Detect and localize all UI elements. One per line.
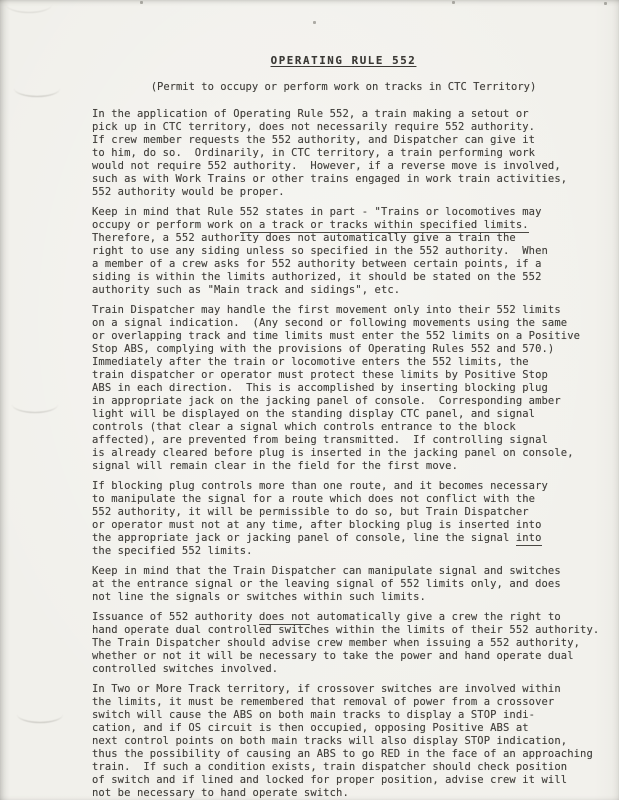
- pen-mark: [6, 0, 52, 13]
- scan-speck: [604, 2, 607, 5]
- text-line: In the application of Operating Rule 552…: [92, 108, 595, 121]
- text-line: train. If such a condition exists, train…: [92, 761, 595, 774]
- text-line: train dispatcher or operator must protec…: [92, 369, 595, 382]
- text-line: a member of a crew asks for 552 authorit…: [92, 258, 595, 271]
- text-segment: to him, do so. Ordinarily, in CTC territ…: [92, 147, 535, 159]
- text-line: on a signal indication. (Any second or f…: [92, 317, 595, 330]
- text-segment: not line the signals or switches within …: [92, 591, 426, 603]
- text-segment: cation, and if OS circuit is then occupi…: [92, 722, 529, 734]
- text-segment: such as with Work Trains or other trains…: [92, 173, 567, 185]
- text-segment: occupy or perform work: [92, 219, 240, 231]
- paragraph: In the application of Operating Rule 552…: [92, 108, 595, 199]
- paragraph: Train Dispatcher may handle the first mo…: [92, 304, 595, 473]
- text-segment: to manipulate the signal for a route whi…: [92, 493, 535, 505]
- text-line: is already cleared before plug is insert…: [92, 447, 595, 460]
- text-segment: in appropriate jack on the jacking panel…: [92, 395, 561, 407]
- text-segment: The Train Dispatcher should advise crew …: [92, 637, 580, 649]
- text-line: would not require 552 authority. However…: [92, 160, 595, 173]
- text-line: Immediately after the train or locomotiv…: [92, 356, 595, 369]
- text-segment: Immediately after the train or locomotiv…: [92, 356, 529, 368]
- text-line: hand operate dual controlled switches wi…: [92, 624, 595, 637]
- text-line: not line the signals or switches within …: [92, 591, 595, 604]
- text-segment: affected), are prevented from being tran…: [92, 434, 548, 446]
- underlined-text: on a track or tracks within specified li…: [240, 219, 529, 233]
- text-segment: is already cleared before plug is insert…: [92, 447, 574, 459]
- text-line: the limits, it must be remembered that r…: [92, 696, 595, 709]
- text-segment: of switch and if lined and locked for pr…: [92, 774, 567, 786]
- paragraph: Issuance of 552 authority does not autom…: [92, 611, 595, 676]
- paragraph: Keep in mind that the Train Dispatcher c…: [92, 565, 595, 604]
- text-line: In Two or More Track territory, if cross…: [92, 683, 595, 696]
- text-line: to manipulate the signal for a route whi…: [92, 493, 595, 506]
- text-segment: authority such as "Main track and siding…: [92, 284, 400, 296]
- text-segment: automatically give a crew the right to: [310, 611, 560, 623]
- text-segment: or overlapping track and time limits mus…: [92, 330, 580, 342]
- text-segment: ABS in each direction. This is accomplis…: [92, 382, 548, 394]
- text-line: ABS in each direction. This is accomplis…: [92, 382, 595, 395]
- text-line: next control points on both main tracks …: [92, 735, 595, 748]
- text-segment: the specified 552 limits.: [92, 545, 253, 557]
- text-segment: on a signal indication. (Any second or f…: [92, 317, 567, 329]
- text-line: occupy or perform work on a track or tra…: [92, 219, 595, 232]
- document-page: OPERATING RULE 552 (Permit to occupy or …: [0, 0, 619, 800]
- text-segment: right to use any siding unless so specif…: [92, 245, 548, 257]
- text-line: in appropriate jack on the jacking panel…: [92, 395, 595, 408]
- text-line: the appropriate jack or jacking panel of…: [92, 532, 595, 545]
- text-segment: 552 authority, it will be permissible to…: [92, 506, 529, 518]
- pen-mark: [12, 396, 58, 413]
- text-line: controlled switches involved.: [92, 663, 595, 676]
- text-segment: controlled switches involved.: [92, 663, 278, 675]
- text-segment: hand operate dual controlled switches wi…: [92, 624, 599, 636]
- text-segment: If blocking plug controls more than one …: [92, 480, 548, 492]
- text-line: cation, and if OS circuit is then occupi…: [92, 722, 595, 735]
- text-line: controls (that clear a signal which cont…: [92, 421, 595, 434]
- scan-speck: [452, 1, 455, 4]
- text-line: Issuance of 552 authority does not autom…: [92, 611, 595, 624]
- text-segment: switch will cause the ABS on both main t…: [92, 709, 535, 721]
- text-line: authority such as "Main track and siding…: [92, 284, 595, 297]
- text-line: whether or not it will be necessary to t…: [92, 650, 595, 663]
- text-line: If blocking plug controls more than one …: [92, 480, 595, 493]
- text-segment: In Two or More Track territory, if cross…: [92, 683, 561, 695]
- document-content: OPERATING RULE 552 (Permit to occupy or …: [92, 54, 595, 800]
- text-line: Train Dispatcher may handle the first mo…: [92, 304, 595, 317]
- text-line: siding is within the limits authorized, …: [92, 271, 595, 284]
- text-line: or operator must not at any time, after …: [92, 519, 595, 532]
- text-line: the specified 552 limits.: [92, 545, 595, 558]
- text-segment: train. If such a condition exists, train…: [92, 761, 567, 773]
- text-segment: not be necessary to hand operate switch.: [92, 787, 349, 799]
- text-segment: at the entrance signal or the leaving si…: [92, 578, 561, 590]
- text-segment: light will be displayed on the standing …: [92, 408, 535, 420]
- text-line: to him, do so. Ordinarily, in CTC territ…: [92, 147, 595, 160]
- text-segment: train dispatcher or operator must protec…: [92, 369, 548, 381]
- text-segment: If crew member requests the 552 authorit…: [92, 134, 535, 146]
- text-segment: thus the possibility of causing an ABS t…: [92, 748, 593, 760]
- text-segment: Stop ABS, complying with the provisions …: [92, 343, 554, 355]
- text-line: Keep in mind that Rule 552 states in par…: [92, 206, 595, 219]
- pen-mark: [14, 80, 60, 97]
- text-line: affected), are prevented from being tran…: [92, 434, 595, 447]
- scan-speck: [313, 21, 316, 24]
- text-segment: siding is within the limits authorized, …: [92, 271, 542, 283]
- text-line: or overlapping track and time limits mus…: [92, 330, 595, 343]
- text-segment: In the application of Operating Rule 552…: [92, 108, 529, 120]
- text-segment: 552 authority would be proper.: [92, 186, 285, 198]
- pen-mark: [17, 706, 63, 723]
- text-segment: a member of a crew asks for 552 authorit…: [92, 258, 542, 270]
- scan-speck: [140, 1, 143, 4]
- underlined-text: does not: [259, 611, 310, 625]
- paragraph: In Two or More Track territory, if cross…: [92, 683, 595, 800]
- text-line: The Train Dispatcher should advise crew …: [92, 637, 595, 650]
- page-title: OPERATING RULE 552: [92, 54, 595, 67]
- text-line: switch will cause the ABS on both main t…: [92, 709, 595, 722]
- text-segment: signal will remain clear in the field fo…: [92, 460, 458, 472]
- text-segment: whether or not it will be necessary to t…: [92, 650, 574, 662]
- text-line: light will be displayed on the standing …: [92, 408, 595, 421]
- underlined-text: into: [516, 532, 542, 546]
- paragraph: Keep in mind that Rule 552 states in par…: [92, 206, 595, 297]
- text-line: Stop ABS, complying with the provisions …: [92, 343, 595, 356]
- text-segment: or operator must not at any time, after …: [92, 519, 542, 531]
- paragraph: If blocking plug controls more than one …: [92, 480, 595, 558]
- text-segment: Train Dispatcher may handle the first mo…: [92, 304, 561, 316]
- text-line: 552 authority would be proper.: [92, 186, 595, 199]
- text-segment: controls (that clear a signal which cont…: [92, 421, 516, 433]
- text-line: 552 authority, it will be permissible to…: [92, 506, 595, 519]
- text-line: of switch and if lined and locked for pr…: [92, 774, 595, 787]
- text-segment: next control points on both main tracks …: [92, 735, 567, 747]
- text-segment: the appropriate jack or jacking panel of…: [92, 532, 516, 544]
- text-segment: the limits, it must be remembered that r…: [92, 696, 554, 708]
- text-segment: Keep in mind that the Train Dispatcher c…: [92, 565, 561, 577]
- text-segment: would not require 552 authority. However…: [92, 160, 561, 172]
- text-line: not be necessary to hand operate switch.: [92, 787, 595, 800]
- text-line: Therefore, a 552 authority does not auto…: [92, 232, 595, 245]
- text-line: If crew member requests the 552 authorit…: [92, 134, 595, 147]
- text-segment: Keep in mind that Rule 552 states in par…: [92, 206, 542, 218]
- text-line: Keep in mind that the Train Dispatcher c…: [92, 565, 595, 578]
- text-line: thus the possibility of causing an ABS t…: [92, 748, 595, 761]
- text-segment: Issuance of 552 authority: [92, 611, 259, 623]
- text-segment: Therefore, a 552 authority does not auto…: [92, 232, 516, 244]
- document-body: In the application of Operating Rule 552…: [92, 108, 595, 800]
- page-subtitle: (Permit to occupy or perform work on tra…: [92, 81, 595, 93]
- text-line: right to use any siding unless so specif…: [92, 245, 595, 258]
- text-line: at the entrance signal or the leaving si…: [92, 578, 595, 591]
- text-segment: pick up in CTC territory, does not neces…: [92, 121, 535, 133]
- text-line: such as with Work Trains or other trains…: [92, 173, 595, 186]
- text-line: pick up in CTC territory, does not neces…: [92, 121, 595, 134]
- text-line: signal will remain clear in the field fo…: [92, 460, 595, 473]
